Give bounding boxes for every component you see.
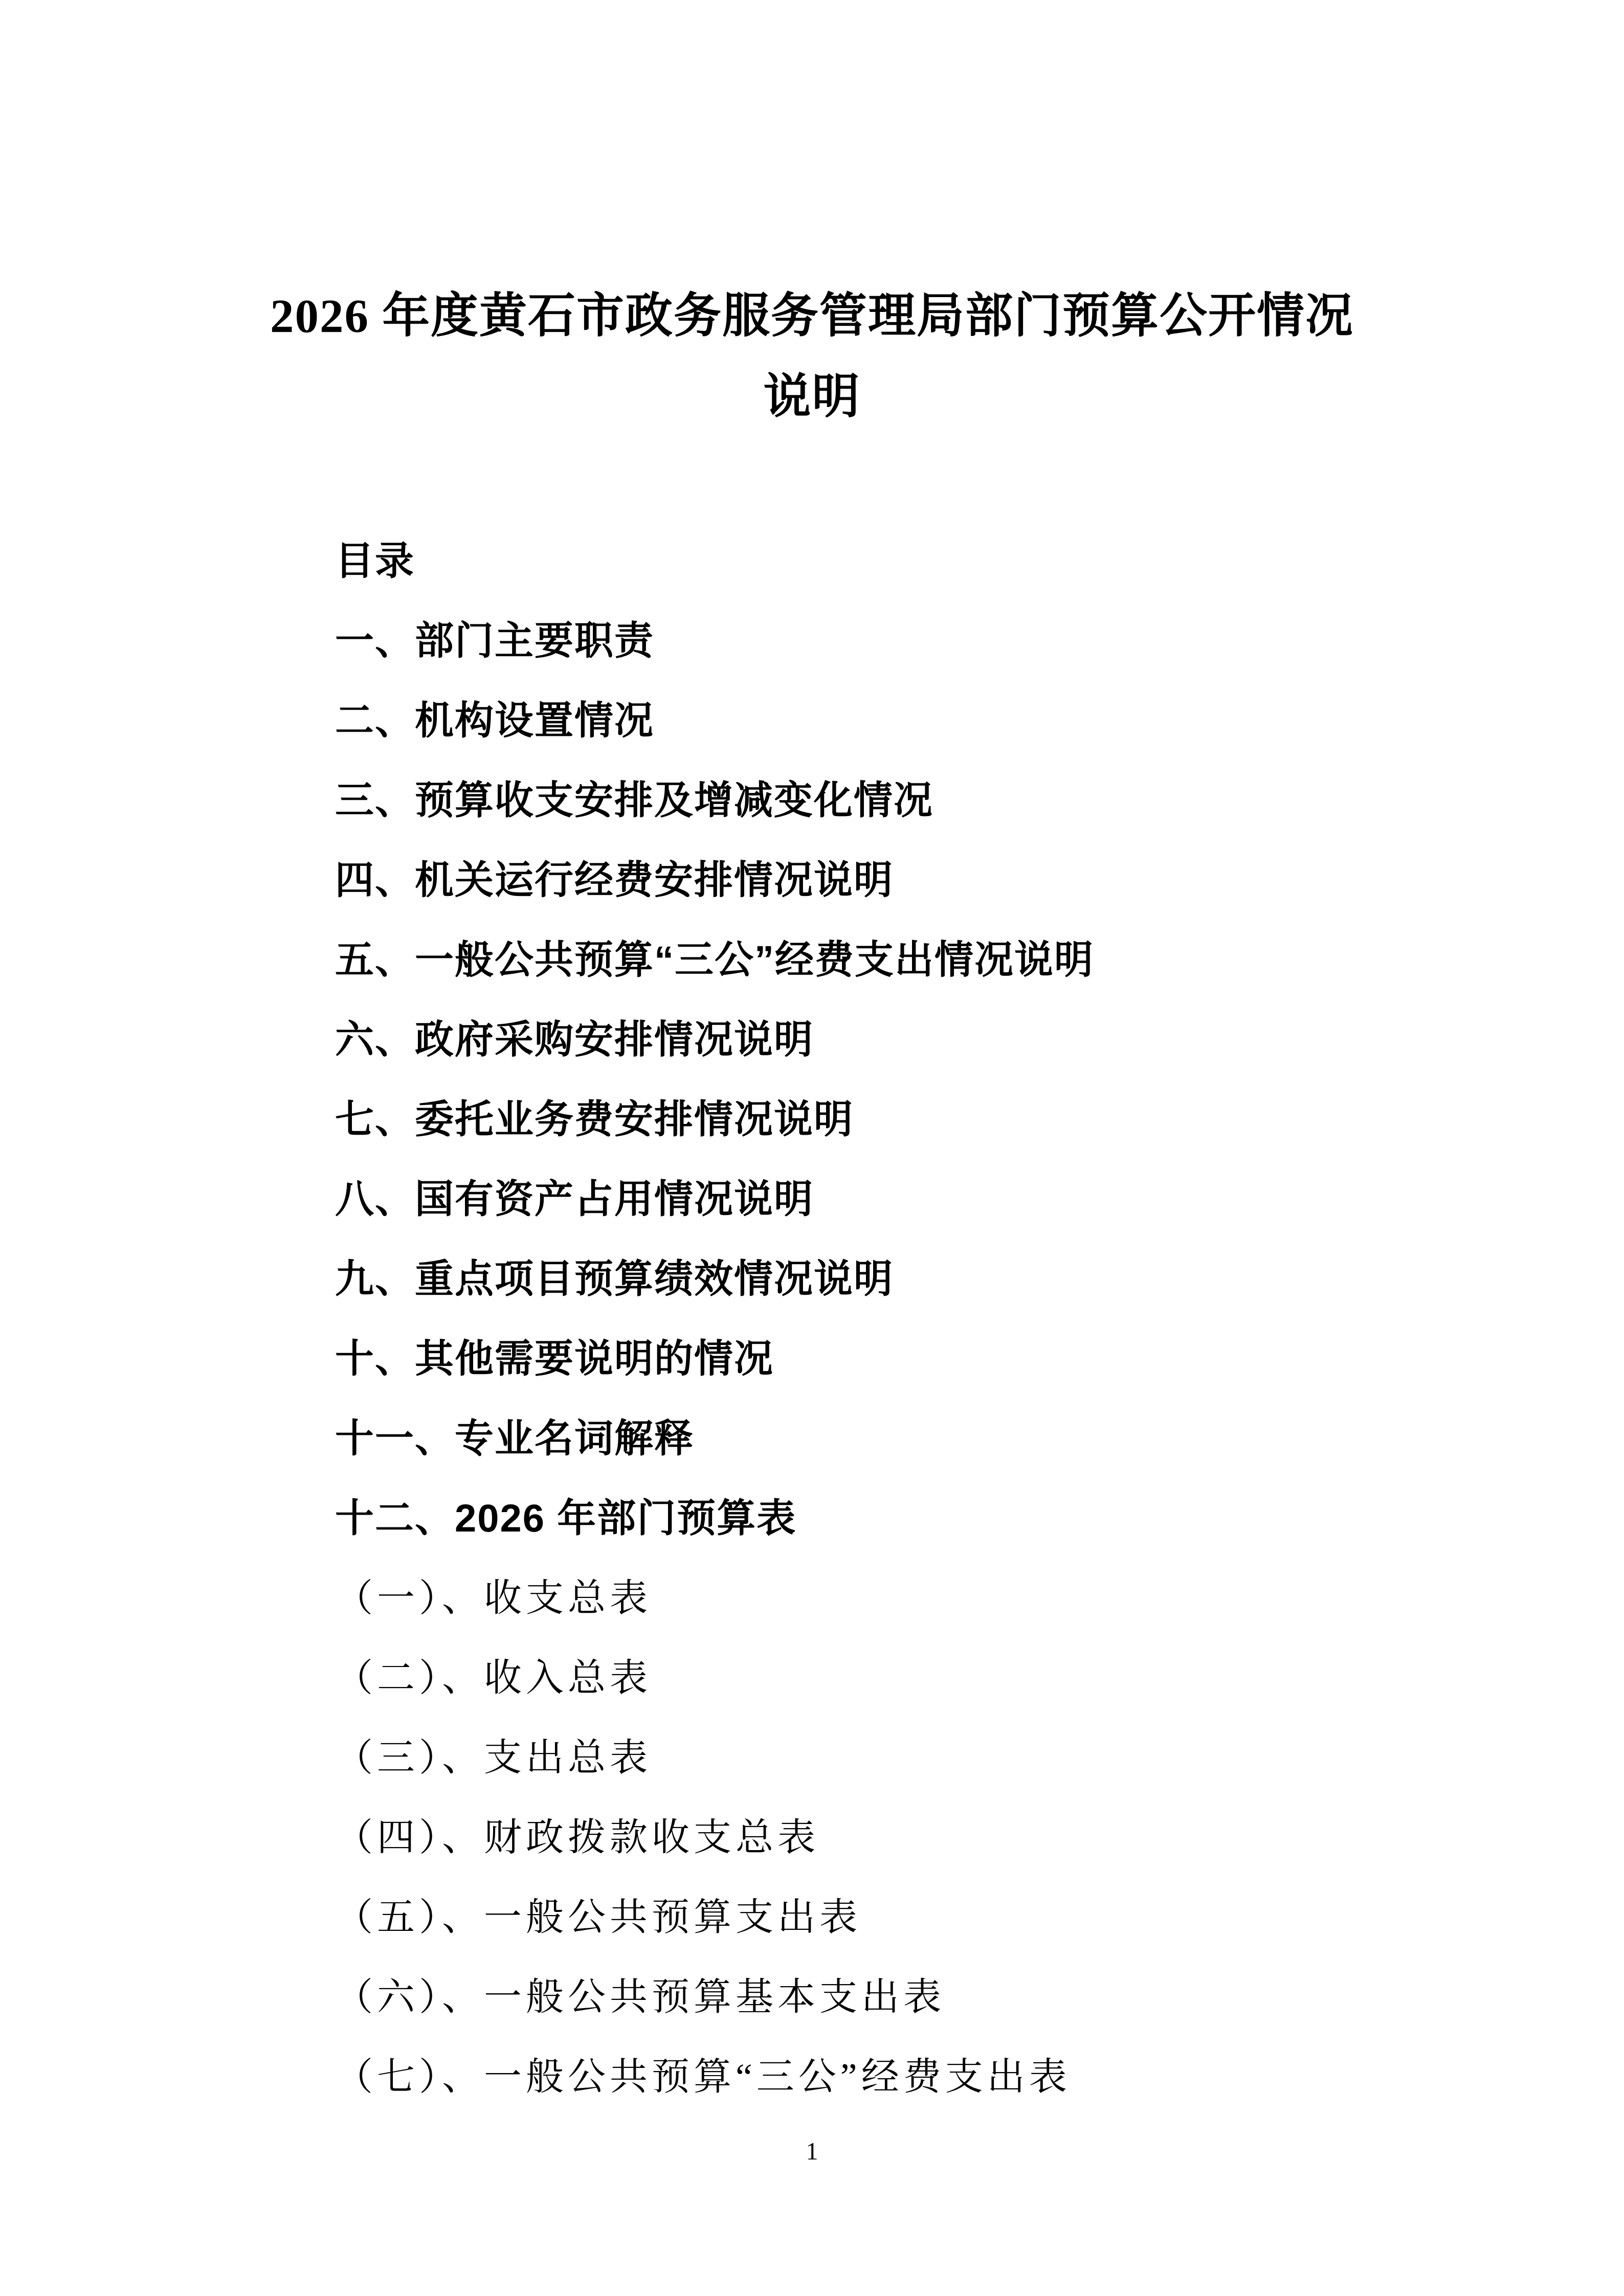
toc-item-11: 十一、专业名词解释 <box>335 1399 1409 1479</box>
toc-subitem-7: （七）、一般公共预算“三公”经费支出表 <box>335 2037 1409 2117</box>
toc-item-9: 九、重点项目预算绩效情况说明 <box>335 1240 1409 1319</box>
toc-item-10: 十、其他需要说明的情况 <box>335 1319 1409 1399</box>
toc-subitem-4: （四）、财政拨款收支总表 <box>335 1798 1409 1878</box>
table-of-contents: 目录 一、部门主要职责 二、机构设置情况 三、预算收支安排及增减变化情况 四、机… <box>0 522 1624 2117</box>
toc-subitem-3: （三）、支出总表 <box>335 1718 1409 1798</box>
toc-subitem-5: （五）、一般公共预算支出表 <box>335 1878 1409 1957</box>
toc-item-2: 二、机构设置情况 <box>335 681 1409 761</box>
toc-item-5: 五、一般公共预算“三公”经费支出情况说明 <box>335 920 1409 1000</box>
toc-item-8: 八、国有资产占用情况说明 <box>335 1160 1409 1240</box>
document-page: 2026 年度黄石市政务服务管理局部门预算公开情况 说明 目录 一、部门主要职责… <box>0 0 1624 2296</box>
document-title: 2026 年度黄石市政务服务管理局部门预算公开情况 说明 <box>0 0 1624 438</box>
toc-item-7: 七、委托业务费安排情况说明 <box>335 1080 1409 1160</box>
toc-subitem-6: （六）、一般公共预算基本支出表 <box>335 1957 1409 2037</box>
toc-item-12: 十二、2026 年部门预算表 <box>335 1479 1409 1559</box>
toc-heading: 目录 <box>335 522 1409 601</box>
toc-item-6: 六、政府采购安排情况说明 <box>335 1000 1409 1080</box>
title-line-2: 说明 <box>0 357 1624 438</box>
toc-subitem-1: （一）、收支总表 <box>335 1559 1409 1638</box>
toc-item-1: 一、部门主要职责 <box>335 601 1409 681</box>
toc-item-4: 四、机关运行经费安排情况说明 <box>335 841 1409 920</box>
toc-item-3: 三、预算收支安排及增减变化情况 <box>335 761 1409 841</box>
toc-subitem-2: （二）、收入总表 <box>335 1638 1409 1718</box>
page-number: 1 <box>0 2137 1624 2166</box>
title-line-1: 2026 年度黄石市政务服务管理局部门预算公开情况 <box>0 276 1624 357</box>
